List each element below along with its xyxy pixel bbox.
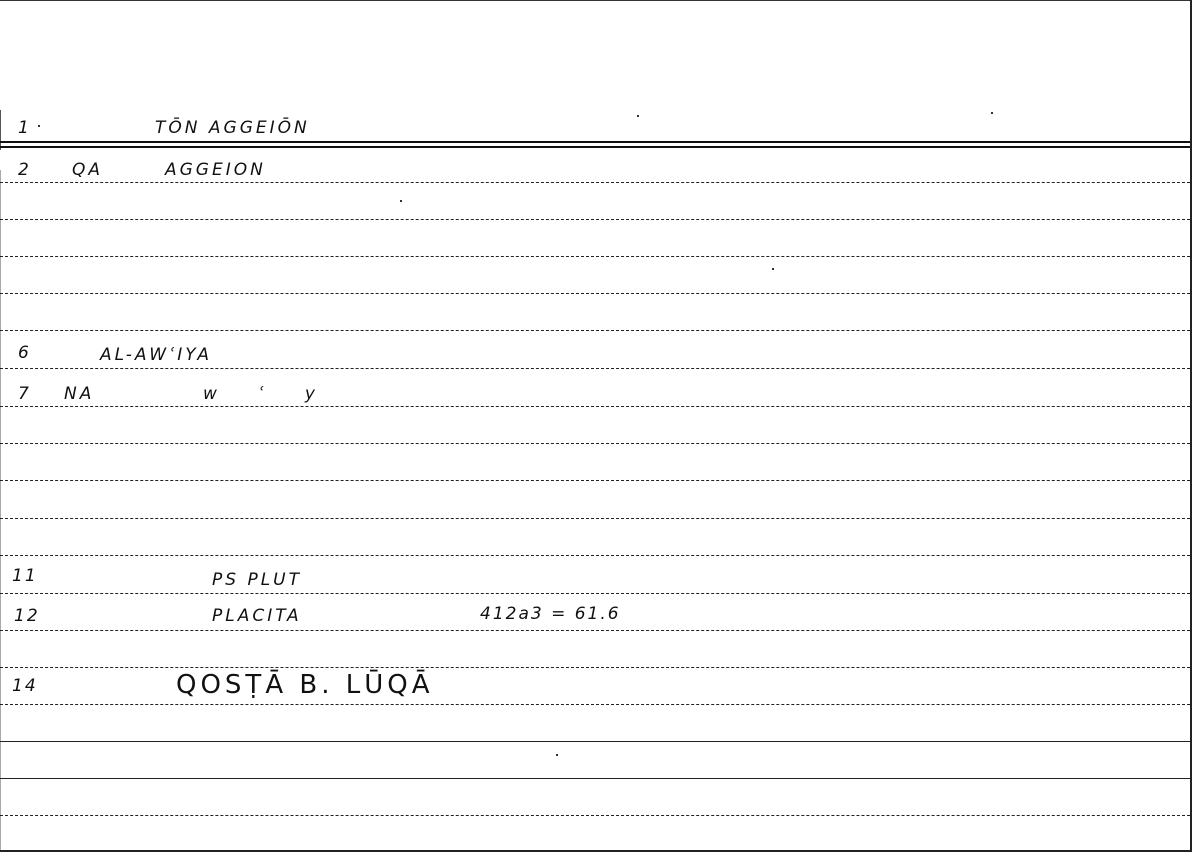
ruled-line-7 [0, 406, 1190, 407]
ruled-line-4 [0, 256, 1190, 257]
ruled-line-1-lower [0, 146, 1190, 148]
entry-text-typed: QOSṬĀ B. LŪQĀ [176, 670, 434, 700]
ruled-line-15 [0, 741, 1190, 742]
ruled-line-3 [0, 219, 1190, 220]
ruled-line-1-upper [0, 141, 1190, 143]
scan-speck [637, 115, 639, 117]
ruled-line-6-top [0, 330, 1190, 331]
ruled-line-8 [0, 443, 1190, 444]
ruled-line-10 [0, 518, 1190, 519]
line-number: 1 [18, 118, 31, 138]
ruled-line-16 [0, 778, 1190, 779]
line-number: 2 [18, 160, 31, 180]
page-border-top [0, 0, 1192, 1]
scanned-index-sheet: 1 TŌN AGGEIŌN 2 QA AGGEION 6 AL-AWʿIYA 7… [0, 0, 1200, 854]
ruled-line-5 [0, 293, 1190, 294]
scan-speck [991, 112, 993, 114]
page-border-right [1190, 0, 1192, 852]
ruled-line-14 [0, 704, 1190, 705]
line-number: 14 [12, 676, 38, 696]
ruled-line-6 [0, 368, 1190, 369]
line-number: 12 [14, 606, 40, 626]
entry-text: w ʿ y [203, 384, 333, 404]
entry-text: PLACITA [212, 606, 302, 626]
ruled-line-11 [0, 593, 1190, 594]
entry-prefix: NA [64, 384, 94, 404]
entry-text: TŌN AGGEIŌN [155, 118, 310, 138]
entry-text: PS PLUT [212, 570, 302, 590]
page-border-bottom [0, 850, 1192, 852]
ruled-line-13 [0, 667, 1190, 668]
ruled-line-2 [0, 182, 1190, 183]
entry-text: AGGEION [165, 160, 266, 180]
line-number: 11 [12, 566, 38, 586]
ruled-line-12 [0, 630, 1190, 631]
ruled-line-9 [0, 480, 1190, 481]
page-border-left-faint [0, 170, 1, 850]
line-number: 7 [18, 384, 31, 404]
scan-speck [772, 268, 774, 270]
scan-speck [400, 200, 402, 202]
entry-text: AL-AWʿIYA [100, 345, 212, 365]
ruled-line-17 [0, 815, 1190, 816]
line-number: 6 [18, 343, 31, 363]
ruled-line-11-top [0, 555, 1190, 556]
entry-reference-note: 412a3 = 61.6 [480, 604, 621, 624]
scan-speck [38, 125, 40, 127]
page-border-left-fragment [0, 110, 1, 150]
scan-speck [556, 754, 558, 756]
entry-prefix: QA [72, 160, 103, 180]
